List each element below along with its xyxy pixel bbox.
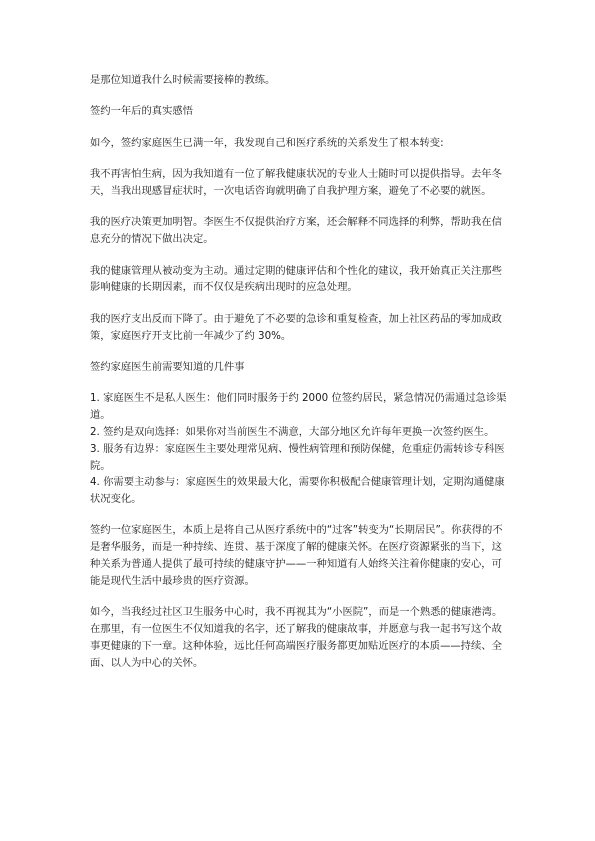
section-heading-things-to-know: 签约家庭医生前需要知道的几件事	[90, 359, 508, 376]
closing-paragraph-essence: 签约一位家庭医生，本质上是将自己从医疗系统中的“过客”转变为“长期居民”。你获得…	[90, 522, 508, 589]
paragraph-no-fear: 我不再害怕生病，因为我知道有一位了解我健康状况的专业人士随时可以提供指导。去年冬…	[90, 166, 508, 200]
closing-paragraph-harbor: 如今，当我经过社区卫生服务中心时，我不再视其为“小医院”，而是一个熟悉的健康港湾…	[90, 604, 508, 671]
paragraph-smarter-decisions: 我的医疗决策更加明智。李医生不仅提供治疗方案，还会解释不同选择的利弊，帮助我在信…	[90, 214, 508, 248]
section-heading-reflections: 签约一年后的真实感悟	[90, 103, 508, 120]
list-item: 1. 家庭医生不是私人医生：他们同时服务于约 2000 位签约居民，紧急情况仍需…	[90, 390, 508, 424]
paragraph-proactive-health: 我的健康管理从被动变为主动。通过定期的健康评估和个性化的建议，我开始真正关注那些…	[90, 263, 508, 297]
things-to-know-list: 1. 家庭医生不是私人医生：他们同时服务于约 2000 位签约居民，紧急情况仍需…	[90, 390, 508, 508]
lead-paragraph: 如今，签约家庭医生已满一年，我发现自己和医疗系统的关系发生了根本转变:	[90, 135, 508, 152]
paragraph-lower-costs: 我的医疗支出反而下降了。由于避免了不必要的急诊和重复检查，加上社区药品的零加成政…	[90, 311, 508, 345]
list-item: 4. 你需要主动参与：家庭医生的效果最大化，需要你积极配合健康管理计划，定期沟通…	[90, 474, 508, 508]
intro-tail-paragraph: 是那位知道我什么时候需要接棒的教练。	[90, 72, 508, 89]
list-item: 2. 签约是双向选择：如果你对当前医生不满意，大部分地区允许每年更换一次签约医生…	[90, 424, 508, 441]
document-page: 是那位知道我什么时候需要接棒的教练。 签约一年后的真实感悟 如今，签约家庭医生已…	[90, 72, 508, 686]
list-item: 3. 服务有边界：家庭医生主要处理常见病、慢性病管理和预防保健，危重症仍需转诊专…	[90, 441, 508, 475]
